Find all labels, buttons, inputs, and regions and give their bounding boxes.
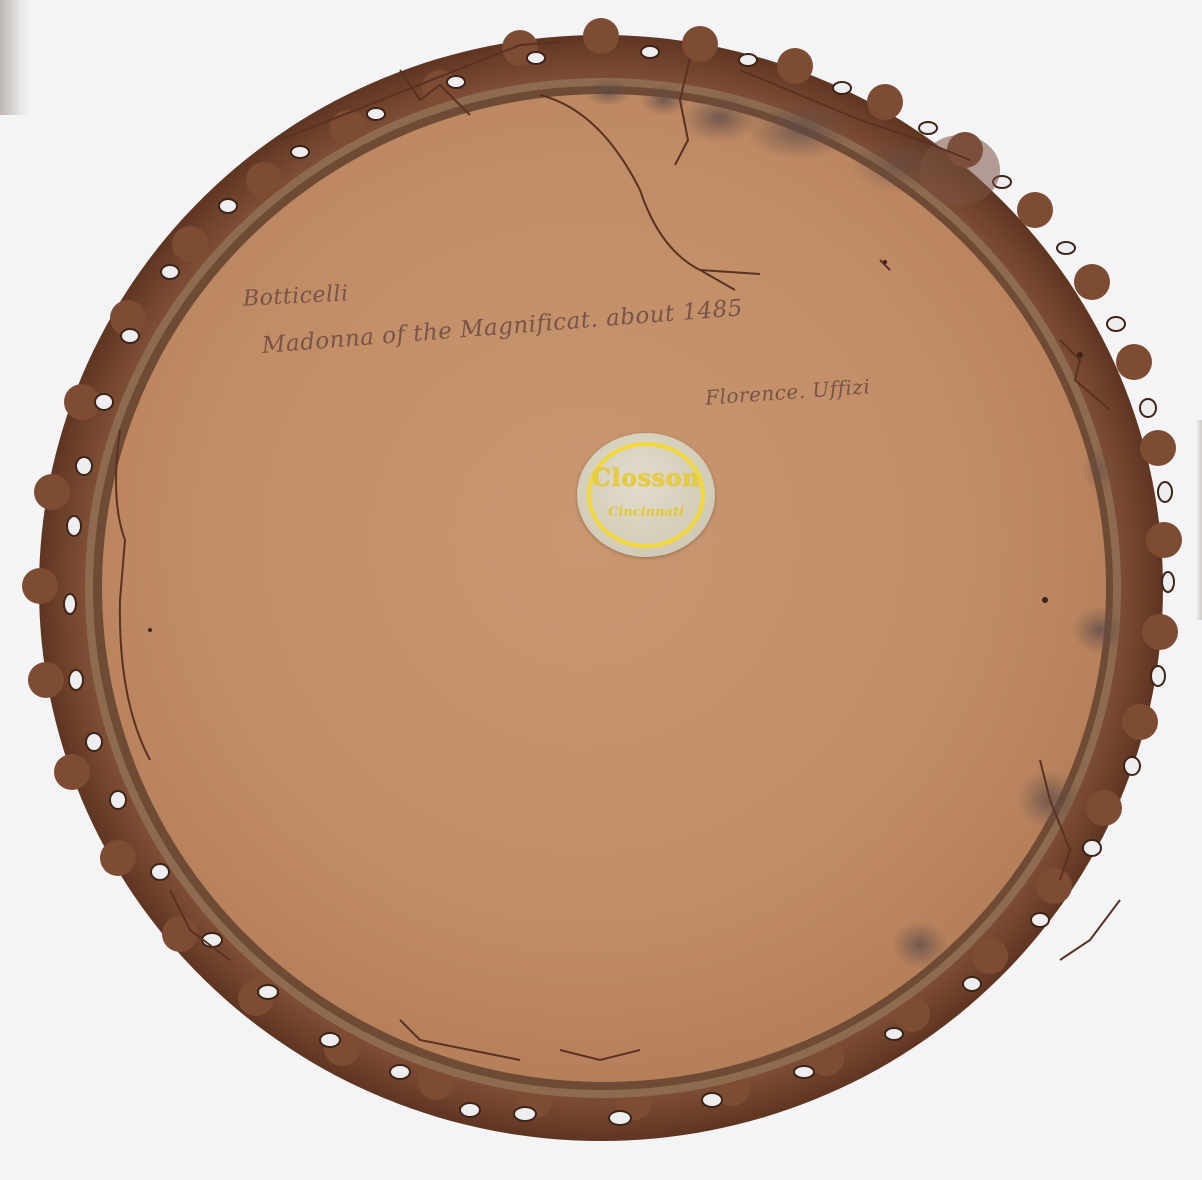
seal-name: Closson [577, 463, 715, 492]
photo-scene: Botticelli Madonna of the Magnificat. ab… [0, 0, 1202, 1180]
round-frame [0, 0, 1202, 1180]
paper-backing [102, 94, 1106, 1082]
seal-city: Cincinnati [577, 505, 715, 520]
seal-ring [587, 442, 705, 548]
framer-label-seal: Closson Cincinnati [577, 433, 715, 557]
